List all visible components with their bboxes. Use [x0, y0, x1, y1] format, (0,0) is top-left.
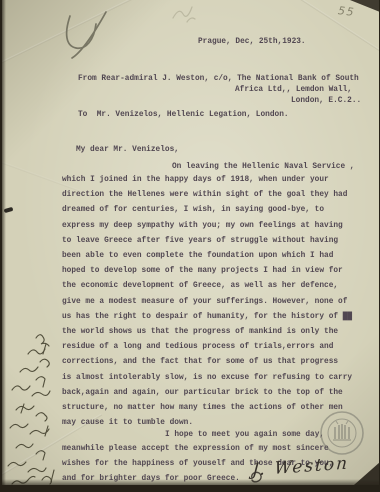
- photo-edge-left: [2, 0, 6, 485]
- dateline: Prague, Dec, 25th,1923.: [198, 38, 306, 47]
- letter-paper: 55 Prague, Dec, 25th,1923. From Rear-adm…: [2, 0, 379, 485]
- to-line: To Mr. Venizelos, Hellenic Legation, Lon…: [78, 111, 289, 120]
- from-line-2: Africa Ltd,, Lemdon Wall,: [235, 86, 352, 95]
- typed-line: corrections, and the fact that for some …: [62, 355, 352, 370]
- typed-line: give me a modest measure of your sufferi…: [62, 295, 352, 310]
- typed-line: hoped to develop some of the many projec…: [62, 264, 352, 279]
- typed-line: meanwhile please accept the expression o…: [62, 442, 333, 457]
- typed-line: the economic development of Greece, as w…: [62, 279, 352, 294]
- paragraph-1-first-line: On leaving the Hellenic Naval Service ,: [172, 163, 354, 172]
- typed-line: the world shows us that the progress of …: [62, 325, 352, 340]
- typed-line: may cause it to tumble down.: [62, 416, 352, 431]
- typed-line: express my deep sympathy with you; my ow…: [62, 219, 352, 234]
- typed-line: is almost intolerably slow, is no excuse…: [62, 371, 352, 386]
- typed-line: us has the right to despair of humanity,…: [62, 310, 352, 325]
- typed-line: which I joined in the happy days of 1918…: [62, 173, 352, 188]
- typed-line: residue of a long and tedious process of…: [62, 340, 352, 355]
- typed-line: been able to even complete the foundatio…: [62, 249, 352, 264]
- from-line-1: From Rear-admiral J. Weston, c/o, The Na…: [78, 75, 359, 84]
- typed-line: structure, no matter how many times the …: [62, 401, 352, 416]
- typed-line: to leave Greece after five years of stru…: [62, 234, 352, 249]
- paragraph-2-first-line: I hope to meet you again some day,: [165, 431, 324, 440]
- handwritten-pencil-4-icon: [54, 4, 114, 62]
- photo-edge-bottom: [2, 479, 379, 485]
- handwritten-greek-marginalia-icon: [2, 330, 68, 485]
- circular-archive-stamp-icon: [318, 409, 366, 457]
- faint-pencil-mark-icon: [167, 2, 209, 26]
- from-line-3: London, E.C.2..: [291, 97, 361, 106]
- typed-line: back,again and again, our particular bri…: [62, 386, 352, 401]
- salutation: My dear Mr. Venizelos,: [76, 146, 179, 155]
- paragraph-1-body: which I joined in the happy days of 1918…: [62, 173, 352, 431]
- letter-photo: { "colors": { "paper": "#d4d1b8", "typew…: [0, 0, 380, 492]
- page-number: 55: [337, 4, 355, 19]
- typed-line: dreamed of for centuries, I wish, in say…: [62, 203, 352, 218]
- typed-line: direction the Hellenes were within sight…: [62, 188, 352, 203]
